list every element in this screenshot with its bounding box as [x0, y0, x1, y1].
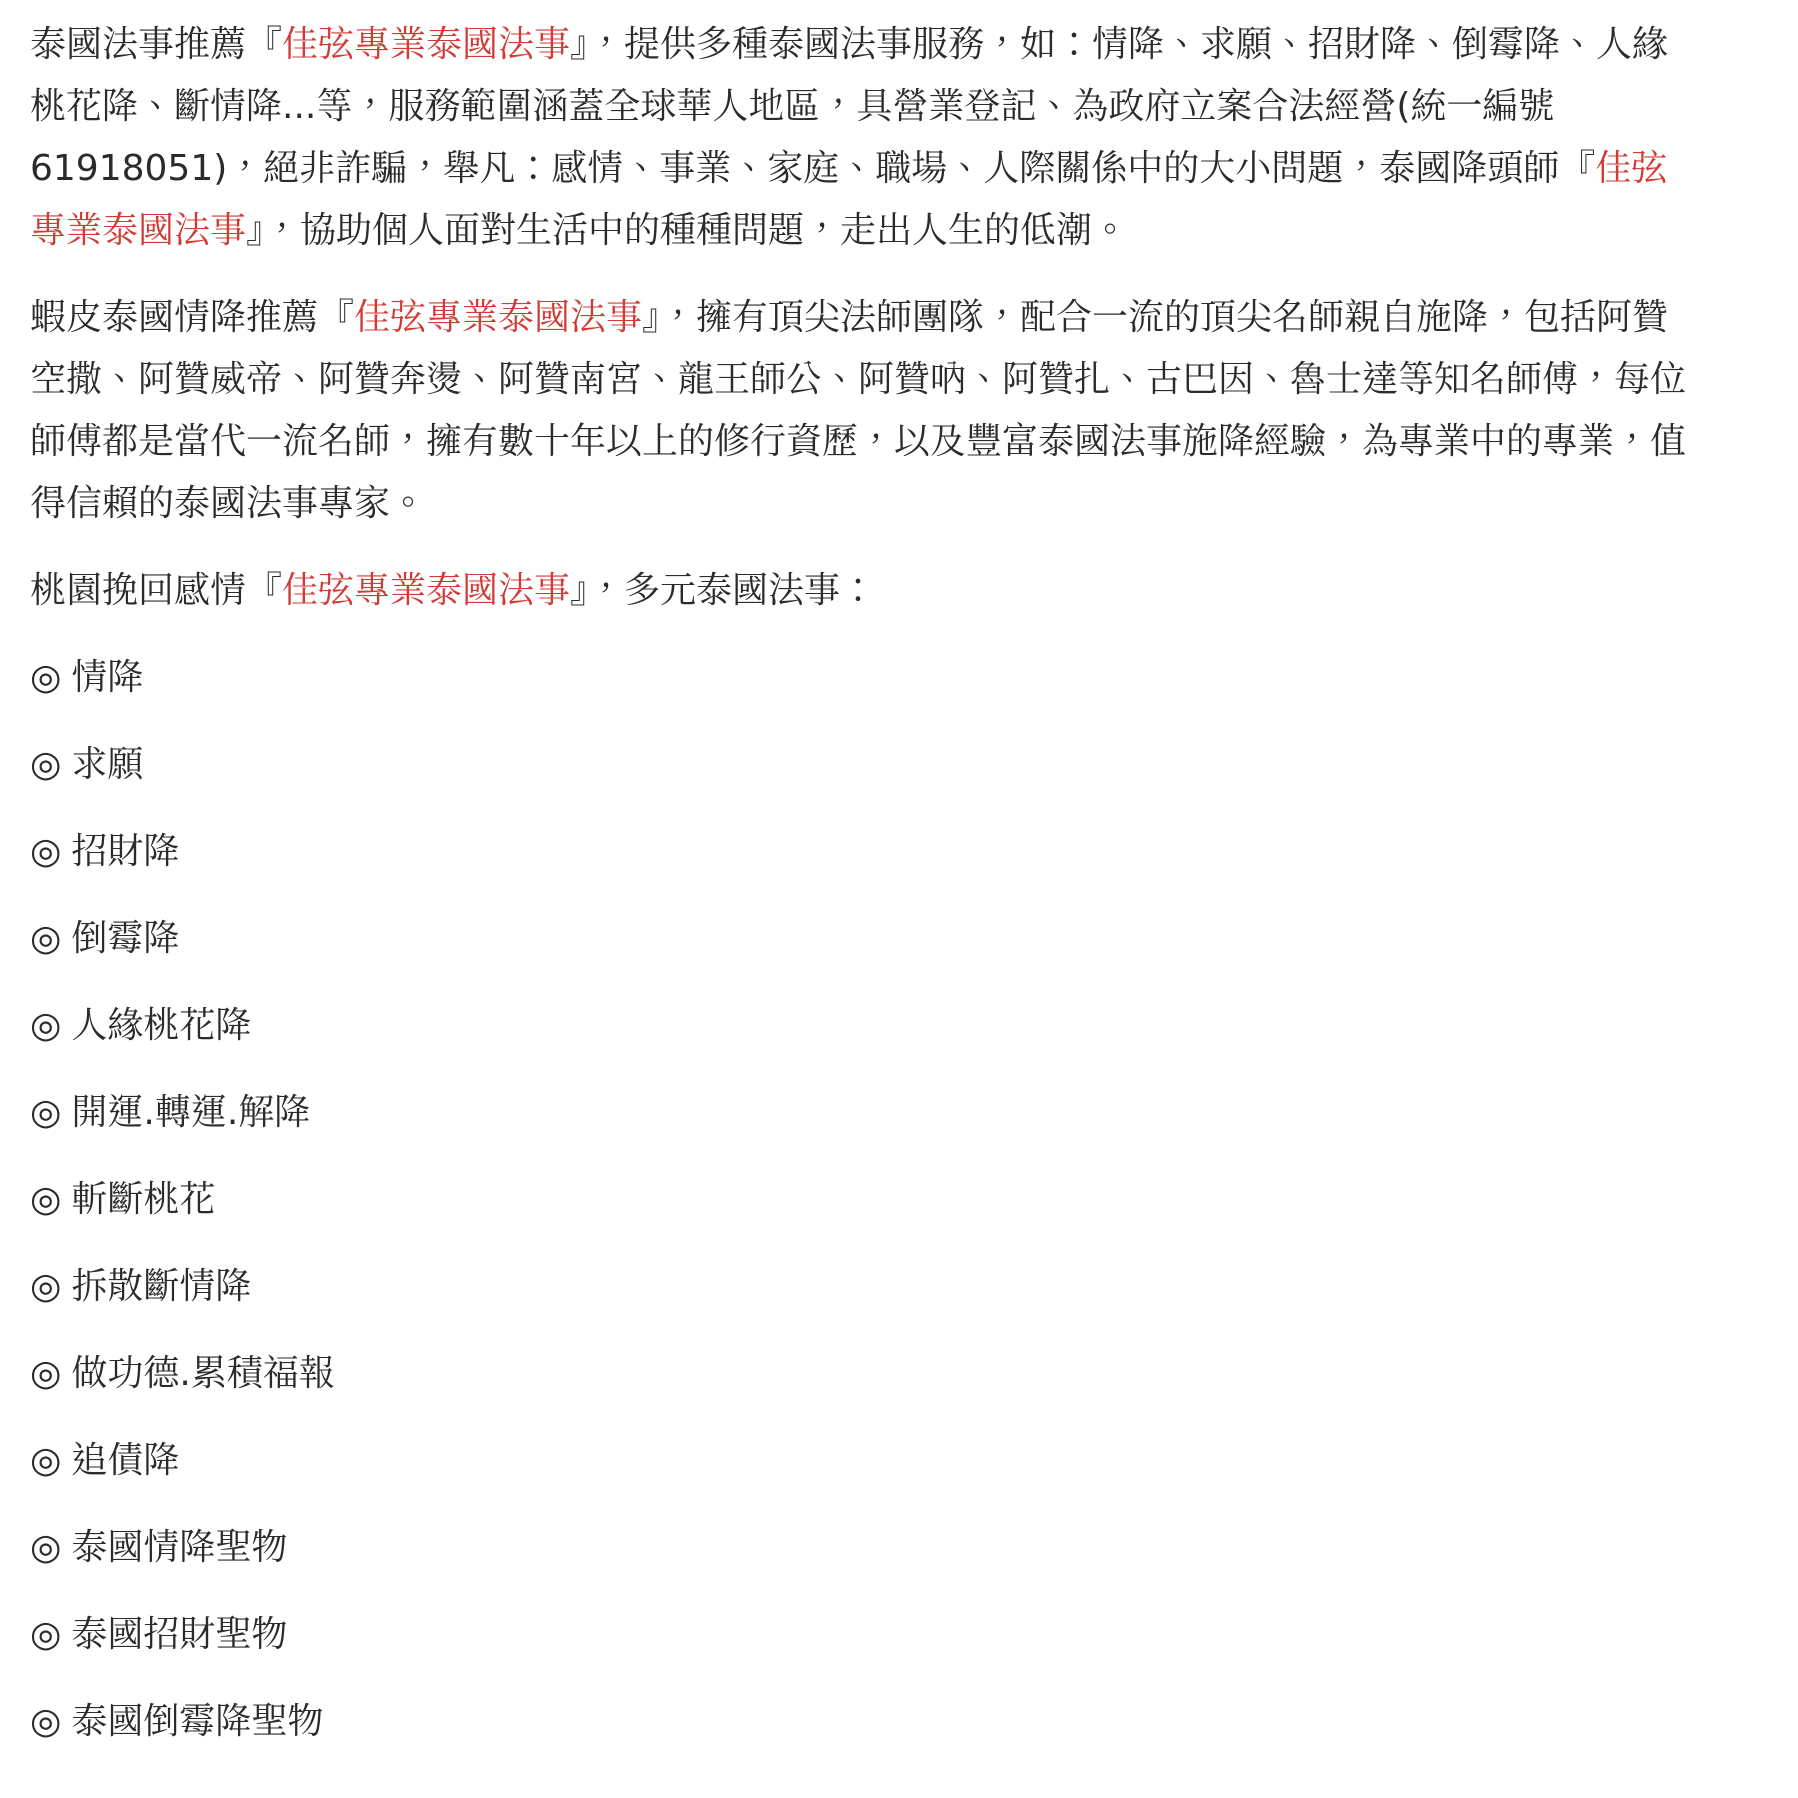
brand-link[interactable]: 佳弦專業泰國法事 — [354, 297, 642, 338]
bullseye-bullet-icon: ◎ — [30, 1701, 61, 1742]
paragraph-intro: 泰國法事推薦『佳弦專業泰國法事』，提供多種泰國法事服務，如：情降、求願、招財降、… — [30, 14, 1690, 262]
service-label: 泰國倒霉降聖物 — [71, 1701, 323, 1742]
bullseye-bullet-icon: ◎ — [30, 657, 61, 698]
service-list-item: ◎招財降 — [30, 821, 1690, 883]
service-list-item: ◎泰國招財聖物 — [30, 1604, 1690, 1666]
bullseye-bullet-icon: ◎ — [30, 1092, 61, 1133]
service-label: 斬斷桃花 — [71, 1179, 215, 1220]
bullseye-bullet-icon: ◎ — [30, 1266, 61, 1307]
service-list-item: ◎追債降 — [30, 1430, 1690, 1492]
service-label: 倒霉降 — [71, 918, 179, 959]
service-list-item: ◎做功德.累積福報 — [30, 1343, 1690, 1405]
service-label: 情降 — [71, 657, 143, 698]
article-content: 泰國法事推薦『佳弦專業泰國法事』，提供多種泰國法事服務，如：情降、求願、招財降、… — [0, 0, 1720, 1798]
brand-link[interactable]: 佳弦專業泰國法事 — [282, 24, 570, 65]
service-list-item: ◎求願 — [30, 734, 1690, 796]
brand-link[interactable]: 佳弦專業泰國法事 — [282, 570, 570, 611]
service-label: 人緣桃花降 — [71, 1005, 251, 1046]
service-list-item: ◎泰國情降聖物 — [30, 1517, 1690, 1579]
text-segment: 』，協助個人面對生活中的種種問題，走出人生的低潮。 — [246, 210, 1128, 251]
service-list-item: ◎倒霉降 — [30, 908, 1690, 970]
service-label: 做功德.累積福報 — [71, 1353, 334, 1394]
service-label: 求願 — [71, 744, 143, 785]
bullseye-bullet-icon: ◎ — [30, 918, 61, 959]
service-label: 招財降 — [71, 831, 179, 872]
service-list-item: ◎拆散斷情降 — [30, 1256, 1690, 1318]
bullseye-bullet-icon: ◎ — [30, 831, 61, 872]
bullseye-bullet-icon: ◎ — [30, 1179, 61, 1220]
text-segment: 』，多元泰國法事： — [570, 570, 876, 611]
bullseye-bullet-icon: ◎ — [30, 1440, 61, 1481]
paragraph-taoyuan-lead: 桃園挽回感情『佳弦專業泰國法事』，多元泰國法事： — [30, 560, 1690, 622]
service-label: 追債降 — [71, 1440, 179, 1481]
service-label: 開運.轉運.解降 — [71, 1092, 310, 1133]
bullseye-bullet-icon: ◎ — [30, 1005, 61, 1046]
service-list-item: ◎斬斷桃花 — [30, 1169, 1690, 1231]
bullseye-bullet-icon: ◎ — [30, 1527, 61, 1568]
paragraph-shopee-masters: 蝦皮泰國情降推薦『佳弦專業泰國法事』，擁有頂尖法師團隊，配合一流的頂尖名師親自施… — [30, 287, 1690, 535]
service-label: 泰國情降聖物 — [71, 1527, 287, 1568]
bullseye-bullet-icon: ◎ — [30, 1353, 61, 1394]
service-list-item: ◎泰國倒霉降聖物 — [30, 1691, 1690, 1753]
text-segment: 蝦皮泰國情降推薦『 — [30, 297, 354, 338]
service-list-item: ◎開運.轉運.解降 — [30, 1082, 1690, 1144]
text-segment: 泰國法事推薦『 — [30, 24, 282, 65]
service-list-item: ◎人緣桃花降 — [30, 995, 1690, 1057]
text-segment: 桃園挽回感情『 — [30, 570, 282, 611]
bullseye-bullet-icon: ◎ — [30, 1614, 61, 1655]
service-list-item: ◎情降 — [30, 647, 1690, 709]
service-label: 拆散斷情降 — [71, 1266, 251, 1307]
service-label: 泰國招財聖物 — [71, 1614, 287, 1655]
bullseye-bullet-icon: ◎ — [30, 744, 61, 785]
